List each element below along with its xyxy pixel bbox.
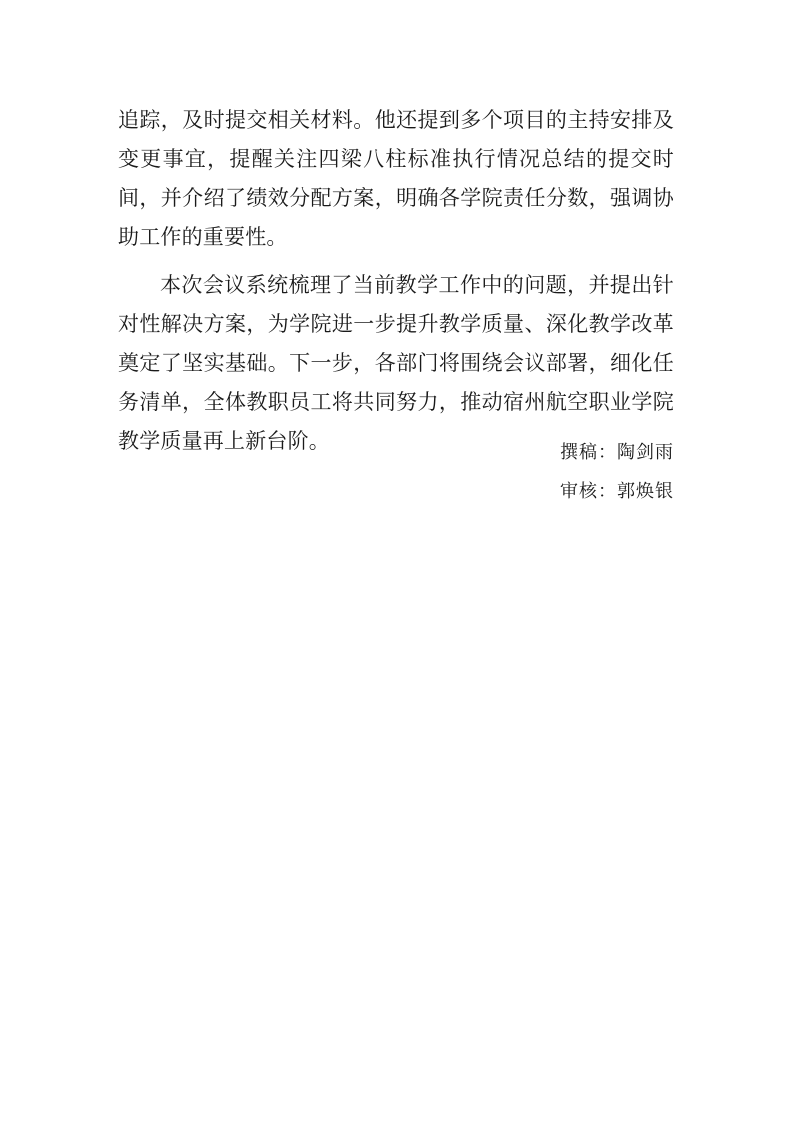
paragraph-continued: 追踪，及时提交相关材料。他还提到多个项目的主持安排及变更事宜，提醒关注四梁八柱标… [118, 101, 674, 257]
author-credit: 撰稿：陶剑雨 [560, 441, 674, 465]
document-body: 追踪，及时提交相关材料。他还提到多个项目的主持安排及变更事宜，提醒关注四梁八柱标… [118, 101, 674, 461]
reviewer-credit: 审核：郭焕银 [560, 480, 674, 504]
paragraph-summary: 本次会议系统梳理了当前教学工作中的问题，并提出针对性解决方案，为学院进一步提升教… [118, 266, 674, 461]
